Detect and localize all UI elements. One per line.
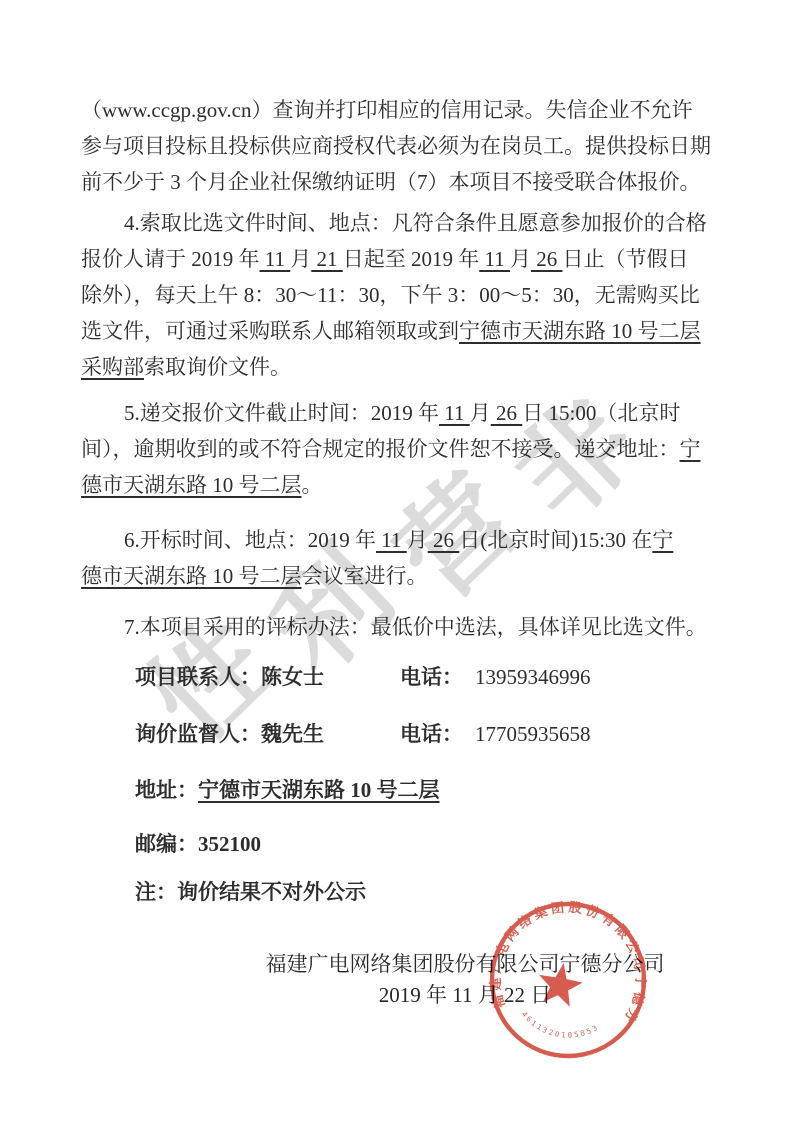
svg-text:福建广电网络集团股份有限公司宁德分公司: 福建广电网络集团股份有限公司宁德分公司 xyxy=(488,900,648,1037)
seal-ring-text: 福建广电网络集团股份有限公司宁德分公司 xyxy=(488,900,648,1037)
seal-number: 4611320105853 xyxy=(517,1009,602,1046)
text-segment: 项目联系人：陈女士 xyxy=(135,665,324,689)
phone-label: 电话： xyxy=(400,719,463,749)
seal-star-icon xyxy=(535,959,586,1008)
contact-row: 邮编：352100 xyxy=(135,829,735,859)
contact-row: 地址：宁德市天湖东路 10 号二层 xyxy=(135,775,735,805)
svg-text:4611320105853: 4611320105853 xyxy=(517,1009,602,1046)
text-segment: 地址： xyxy=(135,778,198,802)
official-seal-stamp: 福建广电网络集团股份有限公司宁德分公司 4611320105853 xyxy=(488,900,648,1060)
text-segment: 宁德市天湖东路 10 号二层 xyxy=(198,778,440,802)
text-segment: 邮编：352100 xyxy=(135,832,261,856)
text-segment: 询价监督人：魏先生 xyxy=(135,722,324,746)
contact-row: 项目联系人：陈女士电话：13959346996 xyxy=(135,662,735,692)
contact-row: 询价监督人：魏先生电话：17705935658 xyxy=(135,719,735,749)
phone-number: 17705935658 xyxy=(475,719,591,749)
phone-label: 电话： xyxy=(400,662,463,692)
document-page: 非营利性 （www.ccgp.gov.cn）查询并打印相应的信用记录。失信企业不… xyxy=(0,0,793,1121)
text-segment: 注：询价结果不对外公示 xyxy=(135,880,366,904)
phone-number: 13959346996 xyxy=(475,662,591,692)
